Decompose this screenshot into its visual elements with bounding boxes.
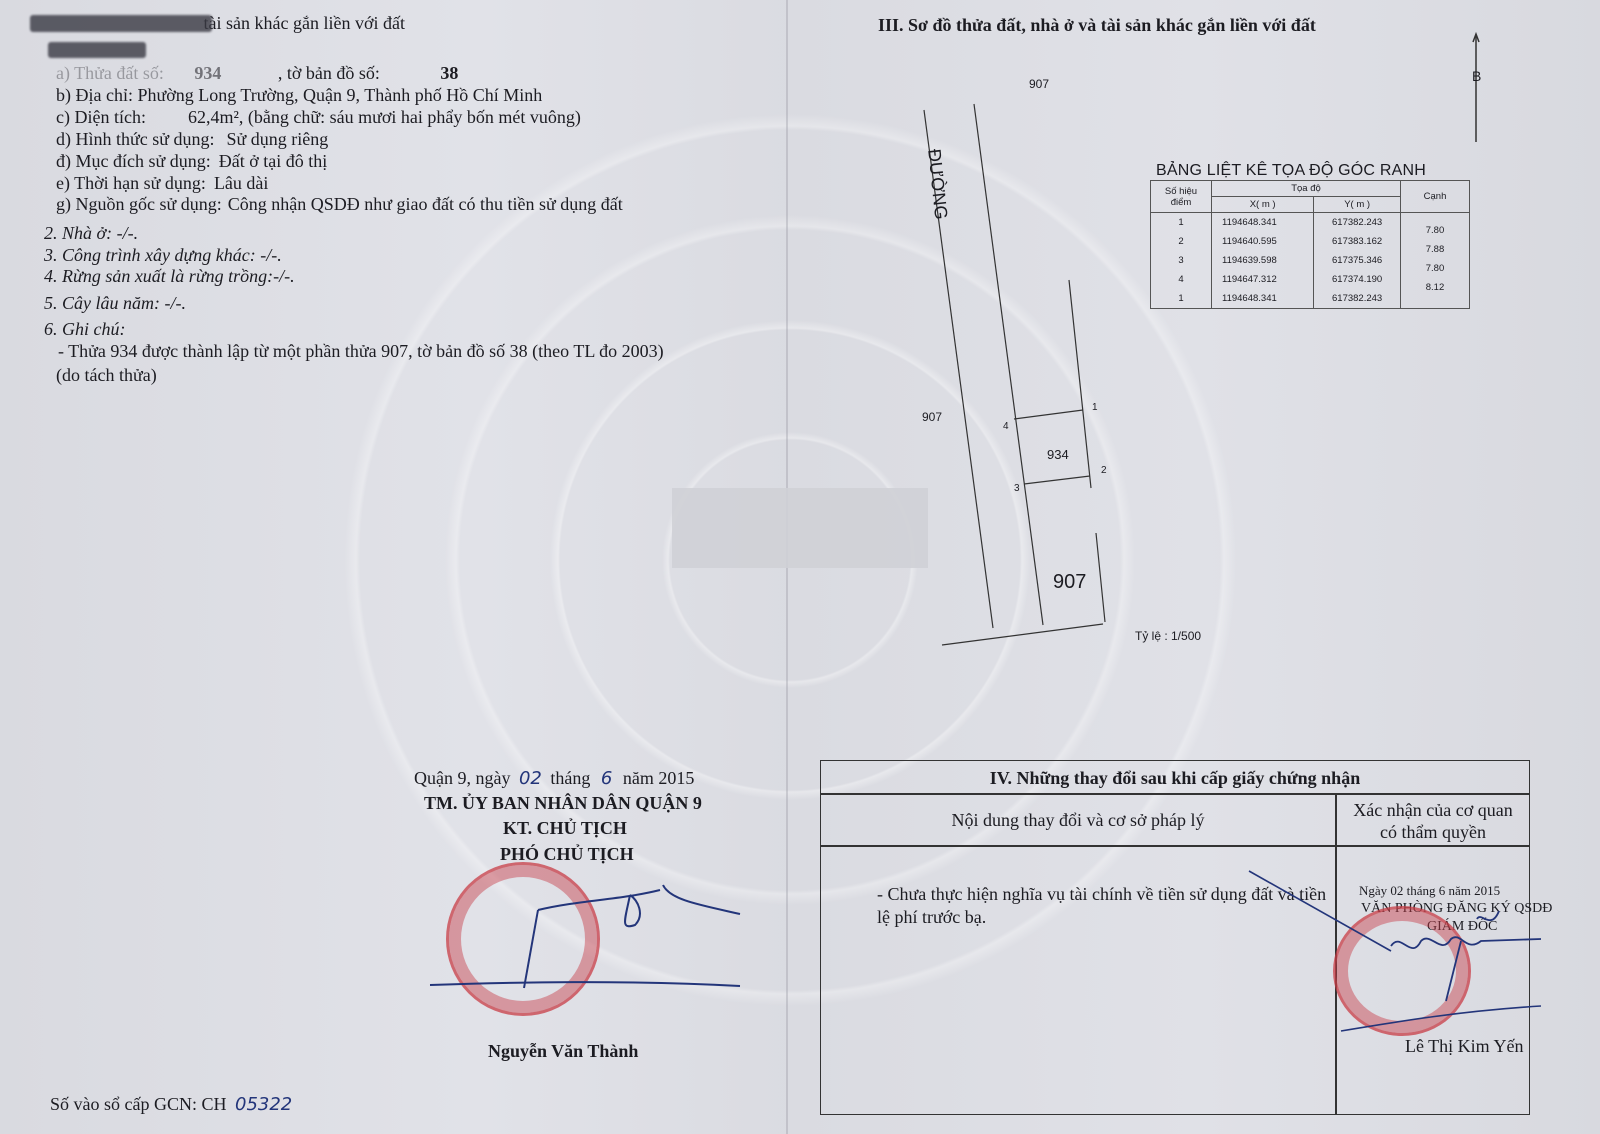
item-perennial: 5. Cây lâu năm: -/-. — [44, 292, 186, 314]
changes-col-confirm-header-1: Xác nhận của cơ quan — [1337, 799, 1529, 821]
coord-cell-edge: 7.80 — [1401, 257, 1470, 276]
change-content-line-2: lệ phí trước bạ. — [877, 906, 986, 928]
coord-cell-x: 1194648.341 — [1212, 289, 1314, 309]
item-house: 2. Nhà ở: -/-. — [44, 222, 138, 244]
signature-left — [420, 870, 760, 1000]
coord-cell-edge: 8.12 — [1401, 276, 1470, 295]
section2-heading: II. Thửa đất, nhà ở và tài sản khác gắn … — [30, 12, 405, 34]
coord-cell-x: 1194640.595 — [1212, 232, 1314, 251]
parcel-area: c) Diện tích:62,4m², (bằng chữ: sáu mươi… — [56, 106, 581, 128]
parcel-number: 934 — [194, 63, 221, 83]
signer-role-1: KT. CHỦ TỊCH — [503, 817, 627, 839]
redaction-block — [48, 42, 146, 58]
section2-heading-text: tài sản khác gắn liền với đất — [204, 13, 405, 33]
redacted-center-area — [672, 488, 928, 568]
coord-cell-x: 1194639.598 — [1212, 251, 1314, 270]
section2-sub1: 1. Thửa đất — [48, 38, 134, 60]
section3-heading: III. Sơ đồ thửa đất, nhà ở và tài sản kh… — [878, 14, 1316, 36]
map-label-907-left: 907 — [922, 410, 942, 424]
note-line-1: - Thửa 934 được thành lập từ một phần th… — [58, 340, 664, 362]
map-label-907-top: 907 — [1029, 77, 1049, 91]
parcel-number-line: a) Thửa đất số: 934 , tờ bản đồ số: 38 — [56, 62, 458, 84]
coord-cell-edge: 7.80 — [1401, 219, 1470, 239]
signature-right — [1241, 861, 1541, 1051]
map-point-3: 3 — [1014, 483, 1020, 494]
issue-day: 02 — [519, 768, 542, 789]
north-label: B — [1472, 68, 1481, 84]
issuing-org: TM. ỦY BAN NHÂN DÂN QUẬN 9 — [424, 792, 702, 814]
item-forest: 4. Rừng sản xuất là rừng trồng:-/-. — [44, 265, 295, 287]
issue-year: 2015 — [658, 768, 694, 788]
signer-name-left: Nguyễn Văn Thành — [488, 1040, 638, 1062]
coord-cell-point: 1 — [1151, 213, 1212, 233]
changes-table: IV. Những thay đổi sau khi cấp giấy chứn… — [820, 760, 1530, 1115]
coord-table-title: BẢNG LIỆT KÊ TỌA ĐỘ GÓC RANH — [1156, 162, 1426, 180]
coord-cell-edge — [1401, 295, 1470, 315]
map-scale: Tỷ lệ : 1/500 — [1135, 629, 1201, 643]
section4-heading: IV. Những thay đổi sau khi cấp giấy chứn… — [821, 767, 1529, 789]
usage-form: d) Hình thức sử dụng:Sử dụng riêng — [56, 128, 328, 150]
coord-cell-y: 617383.162 — [1314, 232, 1401, 251]
note-line-2: (do tách thửa) — [56, 364, 157, 386]
usage-purpose: đ) Mục đích sử dụng:Đất ở tại đô thị — [56, 150, 327, 172]
issue-month: 6 — [601, 768, 612, 789]
map-label-road: ĐƯỜNG — [923, 148, 951, 221]
coord-cell-point: 3 — [1151, 251, 1212, 270]
usage-origin: g) Nguồn gốc sử dụng:Công nhận QSDĐ như … — [56, 193, 623, 215]
coord-table: Số hiệuđiểm Tọa độ Cạnh X( m ) Y( m ) 11… — [1150, 180, 1470, 309]
north-arrow-icon — [1466, 30, 1486, 145]
coord-row: 11194648.341617382.2437.80 — [1151, 213, 1470, 233]
coord-cell-x: 1194647.312 — [1212, 270, 1314, 289]
certificate-register-number: Số vào sổ cấp GCN: CH 05322 — [50, 1093, 292, 1116]
changes-col-confirm-header-2: có thẩm quyền — [1337, 821, 1529, 843]
confirm-signer-name: Lê Thị Kim Yến — [1405, 1035, 1523, 1057]
coord-cell-point: 4 — [1151, 270, 1212, 289]
coord-cell-point: 2 — [1151, 232, 1212, 251]
coord-cell-point: 1 — [1151, 289, 1212, 309]
coord-cell-edge: 7.88 — [1401, 238, 1470, 257]
register-number-value: 05322 — [235, 1094, 292, 1115]
map-sheet-number: 38 — [440, 63, 458, 83]
coord-cell-x: 1194648.341 — [1212, 213, 1314, 233]
map-label-934: 934 — [1047, 447, 1069, 462]
issue-date: Quận 9, ngày 02 tháng 6 năm 2015 — [414, 767, 694, 790]
map-point-1: 1 — [1092, 402, 1098, 413]
certificate-page: II. Thửa đất, nhà ở và tài sản khác gắn … — [0, 0, 1600, 1134]
map-label-907-bottom: 907 — [1053, 571, 1086, 594]
item-other-construction: 3. Công trình xây dựng khác: -/-. — [44, 244, 282, 266]
coord-cell-y: 617374.190 — [1314, 270, 1401, 289]
parcel-address: b) Địa chỉ: Phường Long Trường, Quận 9, … — [56, 84, 542, 106]
changes-col-content-header: Nội dung thay đổi và cơ sở pháp lý — [821, 809, 1335, 831]
redaction-block — [30, 15, 212, 32]
coord-cell-y: 617382.243 — [1314, 289, 1401, 309]
coord-cell-y: 617375.346 — [1314, 251, 1401, 270]
map-point-4: 4 — [1003, 421, 1009, 432]
item-notes-heading: 6. Ghi chú: — [44, 318, 125, 340]
usage-term: e) Thời hạn sử dụng:Lâu dài — [56, 172, 268, 194]
coord-cell-y: 617382.243 — [1314, 213, 1401, 233]
map-point-2: 2 — [1101, 465, 1107, 476]
